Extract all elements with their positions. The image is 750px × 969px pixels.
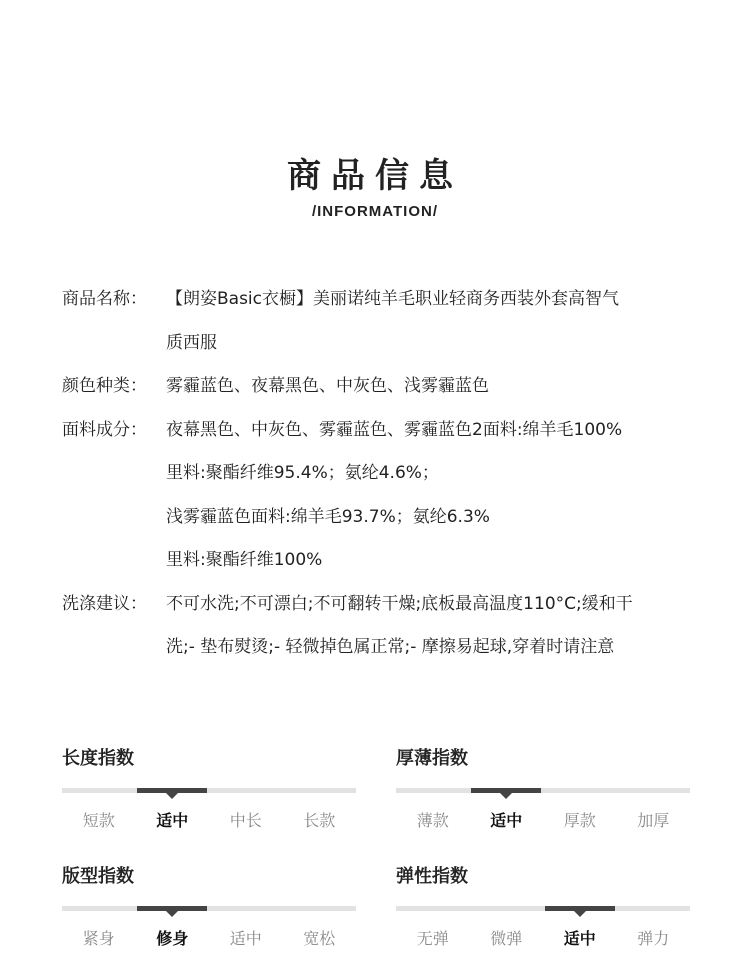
index-title: 版型指数 (62, 862, 356, 892)
index-option-selected: 修身 (136, 926, 210, 949)
index-title: 长度指数 (62, 744, 356, 774)
info-value-line: 洗;- 垫布熨烫;- 轻微掉色属正常;- 摩擦易起球,穿着时请注意 (166, 626, 702, 670)
indicator-arrow-icon (166, 793, 178, 799)
index-indicator (471, 788, 541, 793)
index-option-selected: 适中 (470, 808, 544, 831)
info-value-line: 不可水洗;不可漂白;不可翻转干燥;底板最高温度110°C;缓和干 (166, 583, 702, 627)
index-indicator (545, 906, 615, 911)
info-value-line: 【朗姿Basic衣橱】美丽诺纯羊毛职业轻商务西装外套高智气 (166, 278, 702, 322)
info-value: 不可水洗;不可漂白;不可翻转干燥;底板最高温度110°C;缓和干 洗;- 垫布熨… (166, 583, 702, 670)
index-indicator (137, 906, 207, 911)
index-option: 紧身 (62, 926, 136, 949)
indicator-arrow-icon (166, 911, 178, 917)
info-row-material: 面料成分： 夜幕黑色、中灰色、雾霾蓝色、雾霾蓝色2面料:绵羊毛100% 里料:聚… (62, 409, 702, 583)
thickness-index: 厚薄指数 薄款 适中 厚款 加厚 (396, 744, 690, 774)
info-row-product-name: 商品名称： 【朗姿Basic衣橱】美丽诺纯羊毛职业轻商务西装外套高智气 质西服 (62, 278, 702, 365)
product-info-list: 商品名称： 【朗姿Basic衣橱】美丽诺纯羊毛职业轻商务西装外套高智气 质西服 … (62, 278, 702, 670)
index-options: 短款 适中 中长 长款 (62, 808, 356, 831)
info-label: 洗涤建议： (62, 583, 166, 670)
index-track (396, 906, 690, 911)
index-indicator (137, 788, 207, 793)
index-track (396, 788, 690, 793)
section-subtitle: /INFORMATION/ (0, 203, 750, 220)
indicator-arrow-icon (574, 911, 586, 917)
info-row-care: 洗涤建议： 不可水洗;不可漂白;不可翻转干燥;底板最高温度110°C;缓和干 洗… (62, 583, 702, 670)
index-option: 薄款 (396, 808, 470, 831)
index-title: 厚薄指数 (396, 744, 690, 774)
fit-index: 版型指数 紧身 修身 适中 宽松 (62, 862, 356, 892)
index-track (62, 906, 356, 911)
index-track (62, 788, 356, 793)
elasticity-index: 弹性指数 无弹 微弹 适中 弹力 (396, 862, 690, 892)
index-options: 无弹 微弹 适中 弹力 (396, 926, 690, 949)
indicator-arrow-icon (500, 793, 512, 799)
info-value: 夜幕黑色、中灰色、雾霾蓝色、雾霾蓝色2面料:绵羊毛100% 里料:聚酯纤维95.… (166, 409, 702, 583)
info-value: 雾霾蓝色、夜幕黑色、中灰色、浅雾霾蓝色 (166, 365, 702, 409)
index-option: 厚款 (543, 808, 617, 831)
section-title: 商品信息 (0, 148, 750, 197)
index-option: 微弹 (470, 926, 544, 949)
index-option: 无弹 (396, 926, 470, 949)
info-value-line: 质西服 (166, 322, 702, 366)
info-value-line: 雾霾蓝色、夜幕黑色、中灰色、浅雾霾蓝色 (166, 365, 702, 409)
info-label: 面料成分： (62, 409, 166, 583)
info-row-colors: 颜色种类： 雾霾蓝色、夜幕黑色、中灰色、浅雾霾蓝色 (62, 365, 702, 409)
index-option: 短款 (62, 808, 136, 831)
info-value-line: 浅雾霾蓝色面料:绵羊毛93.7%；氨纶6.3% (166, 496, 702, 540)
info-value-line: 里料:聚酯纤维95.4%；氨纶4.6%； (166, 452, 702, 496)
index-option: 宽松 (283, 926, 357, 949)
index-option: 弹力 (617, 926, 691, 949)
index-title: 弹性指数 (396, 862, 690, 892)
info-value-line: 夜幕黑色、中灰色、雾霾蓝色、雾霾蓝色2面料:绵羊毛100% (166, 409, 702, 453)
info-value: 【朗姿Basic衣橱】美丽诺纯羊毛职业轻商务西装外套高智气 质西服 (166, 278, 702, 365)
index-option-selected: 适中 (136, 808, 210, 831)
length-index: 长度指数 短款 适中 中长 长款 (62, 744, 356, 774)
index-options: 薄款 适中 厚款 加厚 (396, 808, 690, 831)
index-option: 中长 (209, 808, 283, 831)
index-options: 紧身 修身 适中 宽松 (62, 926, 356, 949)
info-label: 颜色种类： (62, 365, 166, 409)
index-option: 适中 (209, 926, 283, 949)
index-option: 长款 (283, 808, 357, 831)
index-option-selected: 适中 (543, 926, 617, 949)
info-value-line: 里料:聚酯纤维100% (166, 539, 702, 583)
info-label: 商品名称： (62, 278, 166, 365)
index-option: 加厚 (617, 808, 691, 831)
